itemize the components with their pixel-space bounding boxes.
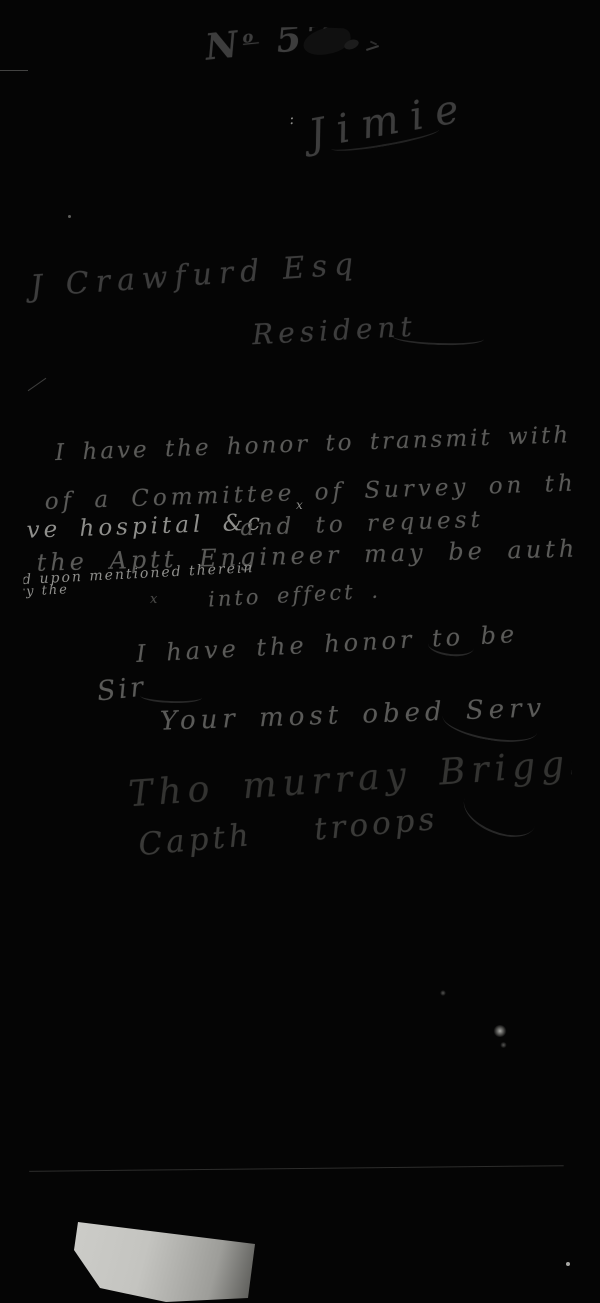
insertion-caret-2: x: [296, 498, 303, 512]
body-line-2: t of a Committee of Survey on the: [12, 470, 595, 516]
document-number-ordinal: o: [241, 26, 259, 47]
document-number-prefix: N: [203, 23, 245, 69]
pen-flick-mark: [366, 45, 379, 51]
addressee-title: Resident: [251, 310, 417, 352]
interline-note-2: arry the: [0, 582, 69, 601]
addressee-flourish: [392, 328, 484, 346]
closing-line-2: Sir: [96, 672, 148, 708]
dust-speck: [566, 1262, 570, 1266]
letter-page: No 57 : Jimie J Crawfurd Esq Resident I …: [0, 0, 600, 1303]
paper-smudge: [493, 1025, 507, 1037]
body-line-3b: and to request: [240, 507, 485, 541]
closing-flourish-2: [140, 689, 202, 704]
corner-fold-shadow: [547, 1188, 583, 1254]
scratch-line: [0, 70, 28, 71]
cut-off-stroke: [28, 378, 47, 391]
pen-flick-mark: [370, 41, 377, 46]
dust-speck: [68, 215, 71, 218]
archival-scan: No 57 : Jimie J Crawfurd Esq Resident I …: [0, 0, 600, 1303]
docket-mark: :: [288, 110, 296, 129]
paper-speck: [500, 1042, 507, 1048]
insertion-caret: x: [150, 592, 157, 607]
paper-speck: [440, 990, 446, 996]
body-line-1: I have the honor to transmit with the: [55, 420, 600, 466]
fold-crease: [28, 1165, 566, 1172]
addressee-name: J Crawfurd Esq: [29, 247, 361, 305]
interline-note-3: into effect .: [207, 578, 381, 611]
